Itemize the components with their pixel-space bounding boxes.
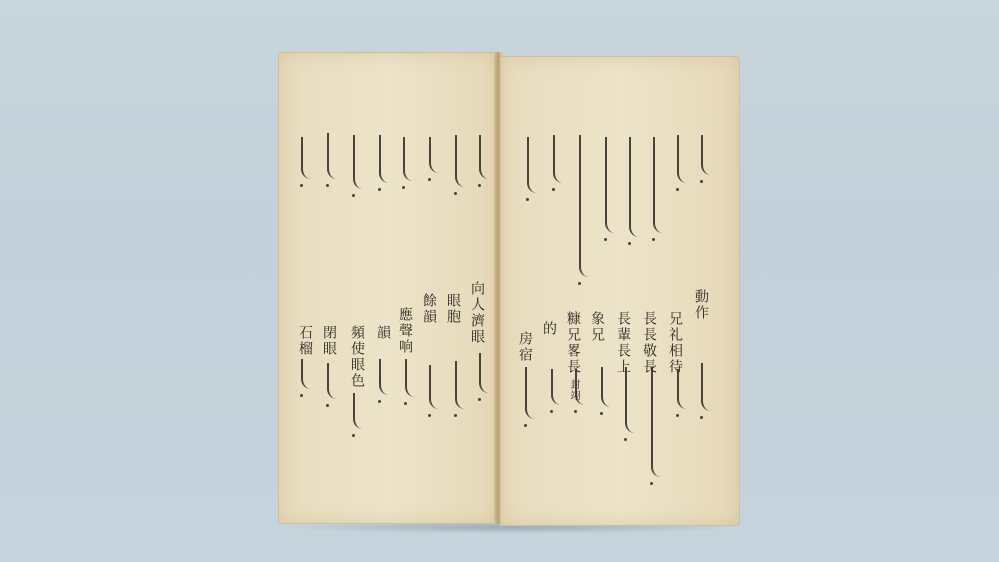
manchu-script-line — [651, 367, 667, 477]
manchu-script-line — [455, 135, 471, 187]
chinese-text-column: 頻使眼色 — [349, 325, 365, 389]
manchu-script-line — [605, 137, 621, 233]
chinese-text-column: 韻 — [375, 325, 391, 341]
manchu-script-line — [525, 367, 541, 419]
open-book: 向人濟眼 眼胞 餘韻 應聲响 韻 頻使眼色 閉眼 石榴 動作 兄礼相待 長長敬長… — [278, 52, 740, 528]
manchu-script-line — [379, 359, 395, 395]
manchu-script-line — [701, 363, 717, 411]
chinese-text-column: 糠兄畧長 — [565, 311, 581, 375]
manchu-script-line — [551, 369, 567, 405]
manchu-script-line — [653, 137, 669, 233]
chinese-text-column: 動作 — [693, 289, 709, 321]
manchu-script-line — [701, 135, 717, 175]
chinese-text-column: 閉眼 — [321, 325, 337, 357]
chinese-text-column: 象兄 — [589, 311, 605, 343]
manchu-script-line — [353, 393, 369, 429]
manchu-script-line — [601, 367, 617, 407]
manchu-script-line — [301, 137, 317, 179]
manchu-script-line — [455, 361, 471, 409]
manchu-script-line — [479, 135, 495, 179]
manchu-script-line — [479, 353, 495, 393]
chinese-text-column: 房宿 — [517, 331, 533, 363]
chinese-text-column: 的 — [541, 321, 557, 337]
chinese-text-column: 應聲响 — [397, 307, 413, 355]
manchu-script-line — [353, 135, 369, 189]
manchu-script-line — [677, 135, 693, 183]
manchu-script-line — [553, 135, 569, 183]
manchu-script-line — [625, 367, 641, 433]
manchu-script-line — [629, 137, 645, 237]
chinese-text-column: 向人濟眼 — [469, 281, 485, 345]
manchu-script-line — [579, 135, 595, 277]
manchu-script-line — [677, 369, 693, 409]
chinese-text-column: 兄礼相待 — [667, 311, 683, 375]
manchu-script-line — [327, 133, 343, 179]
chinese-text-column: 長輩長上 — [615, 311, 631, 375]
manchu-script-line — [429, 137, 445, 173]
chinese-text-column: 石榴 — [297, 325, 313, 357]
manchu-script-line — [327, 363, 343, 399]
right-page: 動作 兄礼相待 長長敬長 長輩長上 象兄 糠兄畧長 封翊 的 房宿 — [500, 56, 740, 526]
manchu-script-line — [405, 359, 421, 397]
manchu-script-line — [403, 137, 419, 181]
manchu-script-line — [575, 369, 591, 405]
chinese-text-column: 餘韻 — [421, 293, 437, 325]
left-page: 向人濟眼 眼胞 餘韻 應聲响 韻 頻使眼色 閉眼 石榴 — [278, 52, 498, 524]
manchu-script-line — [527, 137, 543, 193]
chinese-text-column: 長長敬長 — [641, 311, 657, 375]
chinese-text-column: 眼胞 — [445, 293, 461, 325]
manchu-script-line — [429, 365, 445, 409]
manchu-script-line — [379, 135, 395, 183]
manchu-script-line — [301, 359, 317, 389]
